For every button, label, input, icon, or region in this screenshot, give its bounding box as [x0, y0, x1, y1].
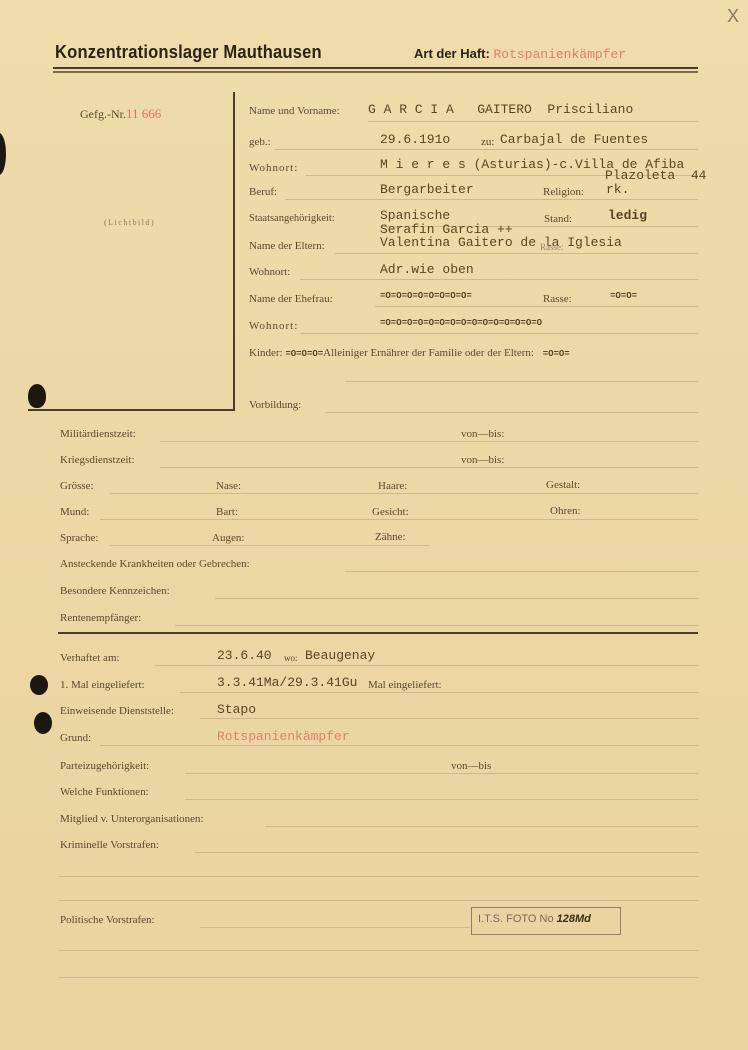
stand-value: ledig — [608, 208, 647, 223]
kennzeichen-line — [215, 598, 698, 599]
eltern-value-2: Valentina Gaitero de la Iglesia — [380, 235, 622, 250]
blank-line-3 — [58, 900, 698, 901]
wo-label: wo: — [284, 653, 298, 663]
bart-label: Bart: — [216, 506, 238, 518]
verhaftet-label: Verhaftet am: — [60, 652, 120, 664]
binder-hole-lower-1 — [30, 675, 48, 695]
partei-line — [185, 773, 698, 774]
krankheiten-label: Ansteckende Krankheiten oder Gebrechen: — [60, 558, 250, 570]
verhaftet-value: 23.6.40 — [217, 648, 272, 663]
staats-value: Spanische — [380, 208, 450, 223]
row-mund-line — [100, 519, 698, 520]
vorbildung-label: Vorbildung: — [249, 399, 301, 411]
binder-hole-mid — [28, 384, 46, 408]
nase-label: Nase: — [216, 480, 241, 492]
blank-line-1 — [345, 381, 698, 382]
geb-value: 29.6.191o — [380, 132, 450, 147]
rente-label: Rentenempfänger: — [60, 612, 141, 624]
zu-label: zu: — [481, 136, 494, 148]
haft-label: Art der Haft: Rotspanienkämpfer — [414, 46, 626, 62]
dienststelle-value: Stapo — [217, 702, 256, 717]
gestalt-label: Gestalt: — [546, 479, 580, 491]
zaehne-label: Zähne: — [375, 531, 406, 543]
name-value: G A R C I A GAITERO Prisciliano — [368, 102, 633, 117]
binder-hole-lower-2 — [34, 712, 52, 734]
krieg-line — [160, 467, 698, 468]
groesse-label: Grösse: — [60, 480, 94, 492]
funktionen-line — [185, 799, 698, 800]
gefg-nr: Gefg.-Nr.11 666 — [80, 106, 161, 122]
wohnort3-line — [300, 333, 698, 334]
haft-value: Rotspanienkämpfer — [493, 47, 626, 62]
eltern-label: Name der Eltern: — [249, 240, 325, 252]
rente-line — [175, 625, 698, 626]
augen-label: Augen: — [212, 532, 244, 544]
wohnort2-label: Wohnort: — [249, 266, 290, 278]
partei-vonbis: von—bis — [451, 760, 491, 772]
wohnort2-line — [300, 279, 698, 280]
corner-pencil-mark: X — [727, 6, 739, 27]
kriminelle-line — [195, 852, 698, 853]
blank-line-2 — [58, 876, 698, 877]
mal1-line — [180, 692, 698, 693]
eltern-rasse-label: Rasse: — [540, 242, 564, 252]
zu-value: Carbajal de Fuentes — [500, 132, 648, 147]
geb-label: geb.: — [249, 136, 271, 148]
wohnort-label: Wohnort: — [249, 162, 298, 174]
beruf-line — [285, 199, 698, 200]
religion-label: Religion: — [543, 186, 584, 198]
kennzeichen-label: Besondere Kennzeichen: — [60, 585, 170, 597]
beruf-label: Beruf: — [249, 186, 277, 198]
wohnort3-value: =O=O=O=O=O=O=O=O=O=O=O=O=O=O=O — [380, 318, 542, 328]
stand-label: Stand: — [544, 213, 572, 225]
eltern-line — [335, 253, 698, 254]
blank-line-4 — [58, 950, 698, 951]
dienststelle-label: Einweisende Dienststelle: — [60, 705, 174, 717]
kinder-label: Kinder: =O=O=O=Alleiniger Ernährer der F… — [249, 347, 570, 359]
religion-value: rk. — [606, 182, 629, 197]
mitglied-label: Mitglied v. Unterorganisationen: — [60, 813, 204, 825]
wohnort-value-2: Plazoleta 44 — [605, 168, 706, 183]
politische-line — [200, 927, 470, 928]
haare-label: Haare: — [378, 480, 407, 492]
verhaftet-line — [155, 665, 698, 666]
photo-box-right-border — [233, 92, 235, 410]
militaer-vonbis: von—bis: — [461, 428, 504, 440]
militaer-label: Militärdienstzeit: — [60, 428, 136, 440]
blank-line-5 — [58, 977, 698, 978]
section-divider — [58, 632, 698, 634]
sprache-label: Sprache: — [60, 532, 98, 544]
stamp-text: I.T.S. FOTO No 128Md — [478, 913, 591, 925]
krieg-label: Kriegsdienstzeit: — [60, 454, 135, 466]
staats-label: Staatsangehörigkeit: — [249, 213, 335, 224]
kriminelle-label: Kriminelle Vorstrafen: — [60, 839, 159, 851]
krankheiten-line — [345, 571, 698, 572]
wohnort3-label: Wohnort: — [249, 320, 298, 332]
row-sprache-line — [110, 545, 430, 546]
politische-label: Politische Vorstrafen: — [60, 914, 155, 926]
grund-label: Grund: — [60, 732, 91, 744]
wohnort2-value: Adr.wie oben — [380, 262, 474, 277]
mal2-label: Mal eingeliefert: — [368, 679, 442, 691]
row-groesse-line — [110, 493, 698, 494]
mal1-value: 3.3.41Ma/29.3.41Gu — [217, 675, 357, 690]
militaer-line — [160, 441, 698, 442]
rasse-value: =O=O= — [610, 291, 637, 301]
funktionen-label: Welche Funktionen: — [60, 786, 149, 798]
beruf-value: Bergarbeiter — [380, 182, 474, 197]
ohren-label: Ohren: — [550, 505, 581, 517]
ehefrau-label: Name der Ehefrau: — [249, 293, 333, 305]
mal1-label: 1. Mal eingeliefert: — [60, 679, 145, 691]
krieg-vonbis: von—bis: — [461, 454, 504, 466]
photo-placeholder-label: (Lichtbild) — [104, 218, 155, 227]
grund-value: Rotspanienkämpfer — [217, 729, 350, 744]
geb-line — [275, 149, 698, 150]
wo-value: Beaugenay — [305, 648, 375, 663]
mitglied-line — [265, 826, 698, 827]
header-rule-bottom — [53, 71, 698, 73]
rasse-label: Rasse: — [543, 293, 572, 305]
partei-label: Parteizugehörigkeit: — [60, 760, 149, 772]
gesicht-label: Gesicht: — [372, 506, 409, 518]
dienststelle-line — [200, 718, 698, 719]
ehefrau-line — [375, 306, 698, 307]
vorbildung-line — [325, 412, 698, 413]
ehefrau-value: =O=O=O=O=O=O=O=O= — [380, 291, 472, 301]
photo-box-bottom-border — [28, 409, 235, 411]
name-label: Name und Vorname: — [249, 105, 340, 117]
grund-line — [100, 745, 698, 746]
mund-label: Mund: — [60, 506, 89, 518]
name-line — [368, 121, 698, 122]
page-title: Konzentrationslager Mauthausen — [55, 42, 322, 63]
header-rule-top — [53, 67, 698, 69]
